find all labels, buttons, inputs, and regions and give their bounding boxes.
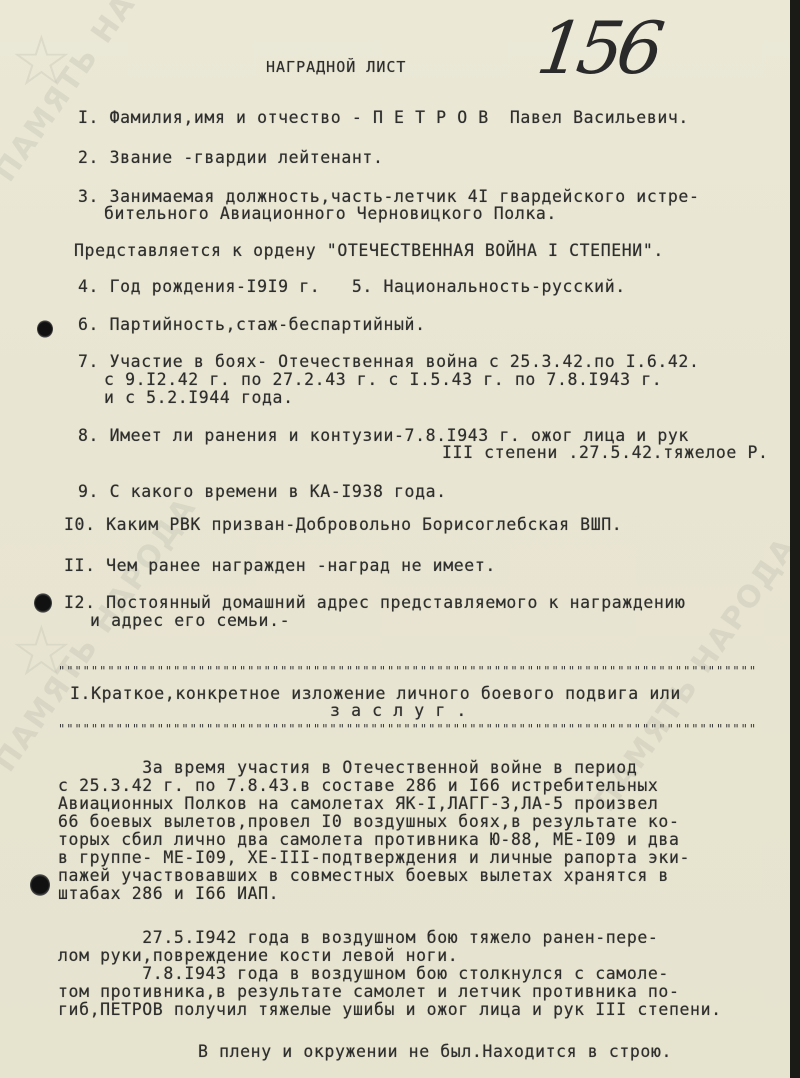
narrative-line: торых сбил лично два самолета противника… [58,830,680,849]
field-7-combat-cont: с 9.I2.42 г. по 27.2.43 г. с I.5.43 г. п… [104,370,662,389]
document-page: ☆ ПАМЯТЬ НАРОДА ☆ ПАМЯТЬ НАРОДА ПАМЯТЬ Н… [0,0,790,1078]
archive-number: 156 [532,6,663,90]
narrative-line: штабах 286 и I66 ИАП. [58,884,279,903]
section-heading-cont: з а с л у г . [330,701,467,720]
narrative-line: гиб,ПЕТРОВ получил тяжелые ушибы и ожог … [58,1000,722,1019]
punch-hole [37,320,53,338]
document-title: НАГРАДНОЙ ЛИСТ [266,58,406,76]
field-7-combat-cont: и с 5.2.I944 года. [104,388,294,407]
narrative-line: За время участия в Отечественной войне в… [58,758,637,777]
narrative-line: 7.8.I943 года в воздушном бою столкнулся… [58,964,669,983]
watermark-star-icon: ☆ [10,610,73,692]
field-6-party: 6. Партийность,стаж-беспартийный. [78,315,426,334]
field-2-rank: 2. Звание -гвардии лейтенант. [78,148,383,167]
field-12-address: I2. Постоянный домашний адрес представля… [64,593,686,612]
field-4-5-birth-nationality: 4. Год рождения-I9I9 г. 5. Национальност… [78,277,626,296]
separator-line: """"""""""""""""""""""""""""""""""""""""… [58,664,758,678]
field-11-awards: II. Чем ранее награжден -наград не имеет… [64,556,496,575]
narrative-line: в группе- МЕ-I09, ХЕ-III-подтверждения и… [58,848,690,867]
closing-line: В плену и окружении не был.Находится в с… [198,1042,672,1061]
field-1-name: I. Фамилия,имя и отчество - П Е Т Р О В … [78,108,689,127]
narrative-line: 27.5.I942 года в воздушном бою тяжело ра… [58,928,658,947]
field-9-service-start: 9. С какого времени в КА-I938 года. [78,482,447,501]
narrative-line: лом руки,повреждение кости левой ноги. [58,946,458,965]
field-10-draft: I0. Каким РВК призван-Добровольно Борисо… [64,515,622,534]
narrative-line: с 25.3.42 г. по 7.8.43.в составе 286 и I… [58,776,658,795]
field-12-address-cont: и адрес его семьи.- [90,611,290,630]
narrative-line: Авиационных Полков на самолетах ЯК-I,ЛАГ… [58,794,658,813]
narrative-line: пажей участвовавших в совместных боевых … [58,866,669,885]
scan-edge [790,0,800,1078]
nomination-line: Представляется к ордену "ОТЕЧЕСТВЕННАЯ В… [74,241,664,260]
narrative-line: 66 боевых вылетов,провел I0 воздушных бо… [58,812,680,831]
watermark-star-icon: ☆ [10,20,73,102]
punch-hole [30,874,50,896]
field-8-wounds-cont: III степени .27.5.42.тяжелое Р. [442,443,769,462]
field-3-position-cont: бительного Авиационного Черновицкого Пол… [104,204,557,223]
field-7-combat: 7. Участие в боях- Отечественная война с… [78,352,700,371]
separator-line: """"""""""""""""""""""""""""""""""""""""… [58,722,758,736]
narrative-line: том противника,в результате самолет и ле… [58,982,680,1001]
punch-hole [34,593,52,613]
